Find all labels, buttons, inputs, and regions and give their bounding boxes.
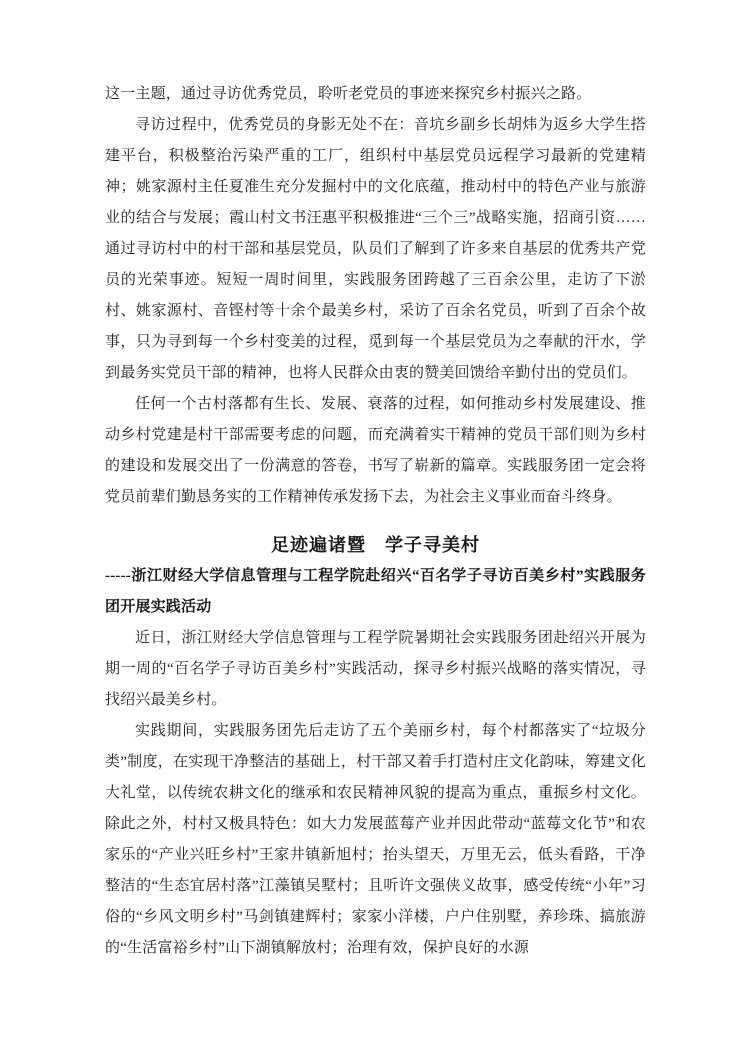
- document-page: 这一主题，通过寻访优秀党员，聆听老党员的事迹来探究乡村振兴之路。 寻访过程中，优…: [0, 0, 750, 1060]
- paragraph-visit-process: 寻访过程中，优秀党员的身影无处不在：音坑乡副乡长胡炜为返乡大学生搭建平台，积极整…: [105, 110, 646, 389]
- paragraph-continuation: 这一主题，通过寻访优秀党员，聆听老党员的事迹来探究乡村振兴之路。: [105, 79, 646, 110]
- paragraph-village-visits: 实践期间，实践服务团先后走访了五个美丽乡村，每个村都落实了“垃圾分类”制度，在实…: [105, 716, 646, 964]
- paragraph-village-reflection: 任何一个古村落都有生长、发展、衰落的过程，如何推动乡村发展建设、推动乡村党建是村…: [105, 389, 646, 513]
- paragraph-activity-intro: 近日，浙江财经大学信息管理与工程学院暑期社会实践服务团赴绍兴开展为期一周的“百名…: [105, 623, 646, 716]
- section-subtitle: -----浙江财经大学信息管理与工程学院赴绍兴“百名学子寻访百美乡村”实践服务团…: [105, 561, 646, 623]
- section-title: 足迹遍诸暨 学子寻美村: [105, 513, 646, 561]
- document-content: 这一主题，通过寻访优秀党员，聆听老党员的事迹来探究乡村振兴之路。 寻访过程中，优…: [105, 79, 646, 964]
